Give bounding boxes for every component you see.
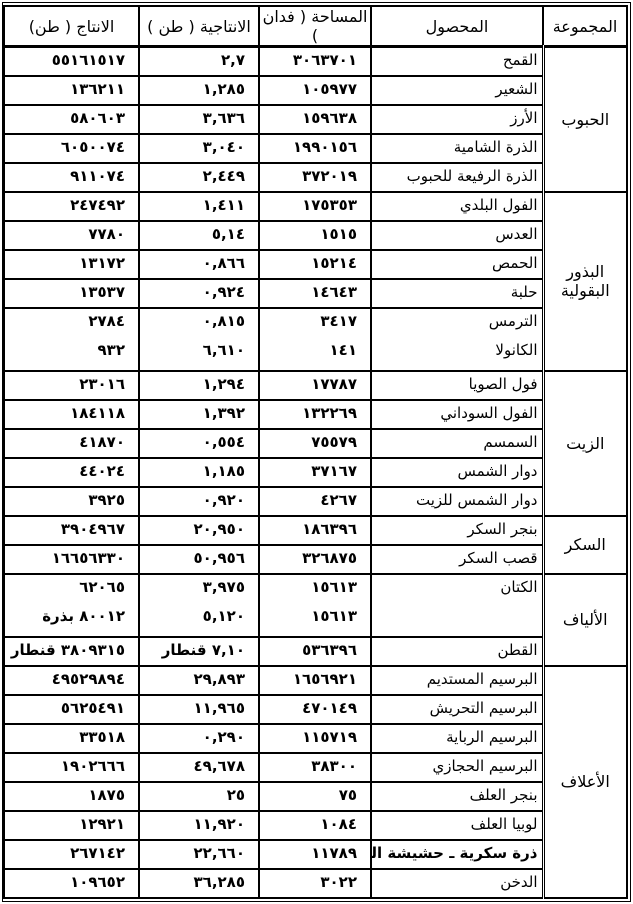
production-cell: ٣٣٥١٨ xyxy=(4,724,139,753)
productivity-cell: ٠,٩٢٤ xyxy=(139,279,259,308)
table-row: السكربنجر السكر١٨٦٣٩٦٢٠,٩٥٠٣٩٠٤٩٦٧ xyxy=(4,516,627,545)
header-productivity: الانتاجية ( طن ) xyxy=(139,6,259,47)
area-cell: ٤٢٦٧ xyxy=(259,487,371,516)
crop-cell: العدس xyxy=(371,221,543,250)
table-row: الدخن٣٠٢٢٣٦,٢٨٥١٠٩٦٥٢ xyxy=(4,869,627,898)
productivity-cell: ٢٢,٦٦٠ xyxy=(139,840,259,869)
table-row: الأليافالكتان١٥٦١٣١٥٦١٣٣,٩٧٥٥,١٢٠٦٢٠٦٥٨٠… xyxy=(4,574,627,637)
header-row: المجموعة المحصول المساحة ( فدان ) الانتا… xyxy=(4,6,627,47)
productivity-cell-line: ٣,٩٧٥ xyxy=(144,578,245,607)
table-row: الحمص١٥٢١٤٠,٨٦٦١٣١٧٢ xyxy=(4,250,627,279)
production-cell: ٢٧٨٤٩٣٢ xyxy=(4,308,139,371)
production-cell-line: ٦٢٠٦٥ xyxy=(9,578,125,607)
table-row: لوبيا العلف١٠٨٤١١,٩٢٠١٢٩٢١ xyxy=(4,811,627,840)
crop-cell: البرسيم الرباية xyxy=(371,724,543,753)
area-cell: ١١٧٨٩ xyxy=(259,840,371,869)
crop-cell: البرسيم التحريش xyxy=(371,695,543,724)
productivity-cell: ٣,٠٤٠ xyxy=(139,134,259,163)
crop-cell: ذرة سكرية ـ حشيشة السودان xyxy=(371,840,543,869)
productivity-cell: ٢٩,٨٩٣ xyxy=(139,666,259,695)
production-cell: ٣٩٠٤٩٦٧ xyxy=(4,516,139,545)
area-cell: ٣٠٦٣٧٠١ xyxy=(259,47,371,76)
production-cell-line: ٢٧٨٤ xyxy=(9,312,125,341)
productivity-cell-line: ٠,٨١٥ xyxy=(144,312,245,341)
production-cell: ١٨٤١١٨ xyxy=(4,400,139,429)
productivity-cell: ٥٠,٩٥٦ xyxy=(139,545,259,574)
crop-cell: الكتان xyxy=(371,574,543,637)
production-cell: ١٣١٧٢ xyxy=(4,250,139,279)
area-cell: ١٨٦٣٩٦ xyxy=(259,516,371,545)
productivity-cell: ١,٢٩٤ xyxy=(139,371,259,400)
productivity-cell: ٣,٦٣٦ xyxy=(139,105,259,134)
productivity-cell-line: ٦,٦١٠ xyxy=(144,341,245,370)
area-cell: ١٥٩٦٣٨ xyxy=(259,105,371,134)
crop-cell: الأرز xyxy=(371,105,543,134)
crop-cell: الذرة الشامية xyxy=(371,134,543,163)
crops-table: المجموعة المحصول المساحة ( فدان ) الانتا… xyxy=(3,5,628,899)
crop-cell: لوبيا العلف xyxy=(371,811,543,840)
production-cell: ٩١١٠٧٤ xyxy=(4,163,139,192)
table-row: ذرة سكرية ـ حشيشة السودان١١٧٨٩٢٢,٦٦٠٢٦٧١… xyxy=(4,840,627,869)
crop-cell-line: الترمس xyxy=(374,312,538,341)
document-page: المجموعة المحصول المساحة ( فدان ) الانتا… xyxy=(0,0,633,904)
crop-cell-line xyxy=(374,607,538,636)
production-cell: ١٦٦٥٦٣٣٠ xyxy=(4,545,139,574)
productivity-cell: ٠,٩٢٠ xyxy=(139,487,259,516)
production-cell: ٦٢٠٦٥٨٠٠١٢ بذرة xyxy=(4,574,139,637)
group-cell: الأعلاف xyxy=(543,666,627,898)
area-cell: ١٣٢٢٦٩ xyxy=(259,400,371,429)
productivity-cell: ٣,٩٧٥٥,١٢٠ xyxy=(139,574,259,637)
productivity-cell: ١,١٨٥ xyxy=(139,458,259,487)
crop-cell: القطن xyxy=(371,637,543,666)
table-row: قصب السكر٣٢٦٨٧٥٥٠,٩٥٦١٦٦٥٦٣٣٠ xyxy=(4,545,627,574)
production-cell: ٥٥١٦١٥١٧ xyxy=(4,47,139,76)
productivity-cell: ١,٤١١ xyxy=(139,192,259,221)
area-cell: ٥٣٦٣٩٦ xyxy=(259,637,371,666)
productivity-cell: ٧,١٠ قنطار xyxy=(139,637,259,666)
production-cell: ٣٨٠٩٣١٥ قنطار xyxy=(4,637,139,666)
area-cell: ١٥٦١٣١٥٦١٣ xyxy=(259,574,371,637)
productivity-cell: ٣٦,٢٨٥ xyxy=(139,869,259,898)
area-cell-line: ٣٤١٧ xyxy=(264,312,357,341)
productivity-cell: ١١,٩٦٥ xyxy=(139,695,259,724)
area-cell: ٣٢٦٨٧٥ xyxy=(259,545,371,574)
crop-cell: فول الصويا xyxy=(371,371,543,400)
header-crop: المحصول xyxy=(371,6,543,47)
crop-cell: القمح xyxy=(371,47,543,76)
table-row: البرسيم الحجازي٣٨٣٠٠٤٩,٦٧٨١٩٠٢٦٦٦ xyxy=(4,753,627,782)
area-cell: ١٤٦٤٣ xyxy=(259,279,371,308)
productivity-cell: ١,٢٨٥ xyxy=(139,76,259,105)
header-area: المساحة ( فدان ) xyxy=(259,6,371,47)
area-cell: ٣٧١٦٧ xyxy=(259,458,371,487)
productivity-cell: ٢٥ xyxy=(139,782,259,811)
area-cell: ١٥١٥ xyxy=(259,221,371,250)
production-cell: ٢٤٧٤٩٢ xyxy=(4,192,139,221)
header-group: المجموعة xyxy=(543,6,627,47)
area-cell: ٤٧٠١٤٩ xyxy=(259,695,371,724)
production-cell: ٦٠٥٠٠٧٤ xyxy=(4,134,139,163)
productivity-cell: ٠,٥٥٤ xyxy=(139,429,259,458)
production-cell: ١٠٩٦٥٢ xyxy=(4,869,139,898)
table-row: الأرز١٥٩٦٣٨٣,٦٣٦٥٨٠٦٠٣ xyxy=(4,105,627,134)
table-row: البرسيم التحريش٤٧٠١٤٩١١,٩٦٥٥٦٢٥٤٩١ xyxy=(4,695,627,724)
table-row: حلبة١٤٦٤٣٠,٩٢٤١٣٥٣٧ xyxy=(4,279,627,308)
productivity-cell-line: ٥,١٢٠ xyxy=(144,607,245,636)
productivity-cell: ٠,٨١٥٦,٦١٠ xyxy=(139,308,259,371)
area-cell: ١٦٥٦٩٢١ xyxy=(259,666,371,695)
crop-cell: الحمص xyxy=(371,250,543,279)
crop-cell: الدخن xyxy=(371,869,543,898)
group-cell: الألياف xyxy=(543,574,627,666)
production-cell: ٤١٨٧٠ xyxy=(4,429,139,458)
productivity-cell: ٠,٢٩٠ xyxy=(139,724,259,753)
table-row: بنجر العلف٧٥٢٥١٨٧٥ xyxy=(4,782,627,811)
table-row: الفول السوداني١٣٢٢٦٩١,٣٩٢١٨٤١١٨ xyxy=(4,400,627,429)
production-cell-line: ٩٣٢ xyxy=(9,341,125,370)
area-cell-line: ١٥٦١٣ xyxy=(264,578,357,607)
productivity-cell: ٢,٧ xyxy=(139,47,259,76)
production-cell: ٢٦٧١٤٢ xyxy=(4,840,139,869)
crop-cell-line: الكتان xyxy=(374,578,538,607)
group-cell: الحبوب xyxy=(543,47,627,192)
crop-cell: البرسيم المستديم xyxy=(371,666,543,695)
table-row: السمسم٧٥٥٧٩٠,٥٥٤٤١٨٧٠ xyxy=(4,429,627,458)
crop-cell: الترمسالكانولا xyxy=(371,308,543,371)
crop-cell: قصب السكر xyxy=(371,545,543,574)
area-cell: ١٠٨٤ xyxy=(259,811,371,840)
area-cell: ٣٧٢٠١٩ xyxy=(259,163,371,192)
crop-cell: دوار الشمس xyxy=(371,458,543,487)
crop-cell: دوار الشمس للزيت xyxy=(371,487,543,516)
production-cell: ٢٣٠١٦ xyxy=(4,371,139,400)
production-cell: ١٨٧٥ xyxy=(4,782,139,811)
productivity-cell: ٥,١٤ xyxy=(139,221,259,250)
production-cell: ١٣٥٣٧ xyxy=(4,279,139,308)
header-production: الانتاج ( طن) xyxy=(4,6,139,47)
area-cell: ٧٥٥٧٩ xyxy=(259,429,371,458)
production-cell: ٣٩٢٥ xyxy=(4,487,139,516)
productivity-cell: ١,٣٩٢ xyxy=(139,400,259,429)
production-cell: ١٩٠٢٦٦٦ xyxy=(4,753,139,782)
crop-cell-line: الكانولا xyxy=(374,341,538,370)
crop-cell: الذرة الرفيعة للحبوب xyxy=(371,163,543,192)
crop-cell: السمسم xyxy=(371,429,543,458)
area-cell: ١٥٢١٤ xyxy=(259,250,371,279)
table-row: القطن٥٣٦٣٩٦٧,١٠ قنطار٣٨٠٩٣١٥ قنطار xyxy=(4,637,627,666)
table-row: الذرة الشامية١٩٩٠١٥٦٣,٠٤٠٦٠٥٠٠٧٤ xyxy=(4,134,627,163)
crop-cell: الفول البلدي xyxy=(371,192,543,221)
group-cell: السكر xyxy=(543,516,627,574)
table-row: البرسيم الرباية١١٥٧١٩٠,٢٩٠٣٣٥١٨ xyxy=(4,724,627,753)
group-cell: الزيت xyxy=(543,371,627,516)
productivity-cell: ٠,٨٦٦ xyxy=(139,250,259,279)
table-row: البذور البقوليةالفول البلدي١٧٥٣٥٣١,٤١١٢٤… xyxy=(4,192,627,221)
area-cell: ٧٥ xyxy=(259,782,371,811)
crop-cell: البرسيم الحجازي xyxy=(371,753,543,782)
area-cell: ١٩٩٠١٥٦ xyxy=(259,134,371,163)
crop-cell: بنجر السكر xyxy=(371,516,543,545)
production-cell: ٥٦٢٥٤٩١ xyxy=(4,695,139,724)
table-row: العدس١٥١٥٥,١٤٧٧٨٠ xyxy=(4,221,627,250)
area-cell-line: ١٥٦١٣ xyxy=(264,607,357,636)
table-row: الأعلافالبرسيم المستديم١٦٥٦٩٢١٢٩,٨٩٣٤٩٥٢… xyxy=(4,666,627,695)
group-cell: البذور البقولية xyxy=(543,192,627,371)
productivity-cell: ٢,٤٤٩ xyxy=(139,163,259,192)
area-cell: ١٧٥٣٥٣ xyxy=(259,192,371,221)
table-row: الترمسالكانولا٣٤١٧١٤١٠,٨١٥٦,٦١٠٢٧٨٤٩٣٢ xyxy=(4,308,627,371)
crop-cell: بنجر العلف xyxy=(371,782,543,811)
area-cell: ٣٠٢٢ xyxy=(259,869,371,898)
table-row: الذرة الرفيعة للحبوب٣٧٢٠١٩٢,٤٤٩٩١١٠٧٤ xyxy=(4,163,627,192)
area-cell: ١١٥٧١٩ xyxy=(259,724,371,753)
crop-cell: حلبة xyxy=(371,279,543,308)
crop-cell: الشعير xyxy=(371,76,543,105)
crops-table-outer-border: المجموعة المحصول المساحة ( فدان ) الانتا… xyxy=(2,2,631,902)
productivity-cell: ٤٩,٦٧٨ xyxy=(139,753,259,782)
production-cell: ٤٤٠٢٤ xyxy=(4,458,139,487)
table-row: الزيتفول الصويا١٧٧٨٧١,٢٩٤٢٣٠١٦ xyxy=(4,371,627,400)
area-cell: ١٠٥٩٧٧ xyxy=(259,76,371,105)
area-cell: ٣٨٣٠٠ xyxy=(259,753,371,782)
table-row: الحبوبالقمح٣٠٦٣٧٠١٢,٧٥٥١٦١٥١٧ xyxy=(4,47,627,76)
production-cell: ١٣٦٢١١ xyxy=(4,76,139,105)
crop-cell: الفول السوداني xyxy=(371,400,543,429)
table-row: دوار الشمس للزيت٤٢٦٧٠,٩٢٠٣٩٢٥ xyxy=(4,487,627,516)
table-row: الشعير١٠٥٩٧٧١,٢٨٥١٣٦٢١١ xyxy=(4,76,627,105)
productivity-cell: ٢٠,٩٥٠ xyxy=(139,516,259,545)
production-cell: ٥٨٠٦٠٣ xyxy=(4,105,139,134)
production-cell: ٧٧٨٠ xyxy=(4,221,139,250)
area-cell-line: ١٤١ xyxy=(264,341,357,370)
production-cell: ٤٩٥٢٩٨٩٤ xyxy=(4,666,139,695)
productivity-cell: ١١,٩٢٠ xyxy=(139,811,259,840)
table-row: دوار الشمس٣٧١٦٧١,١٨٥٤٤٠٢٤ xyxy=(4,458,627,487)
production-cell-line: ٨٠٠١٢ بذرة xyxy=(9,607,125,636)
area-cell: ١٧٧٨٧ xyxy=(259,371,371,400)
production-cell: ١٢٩٢١ xyxy=(4,811,139,840)
area-cell: ٣٤١٧١٤١ xyxy=(259,308,371,371)
